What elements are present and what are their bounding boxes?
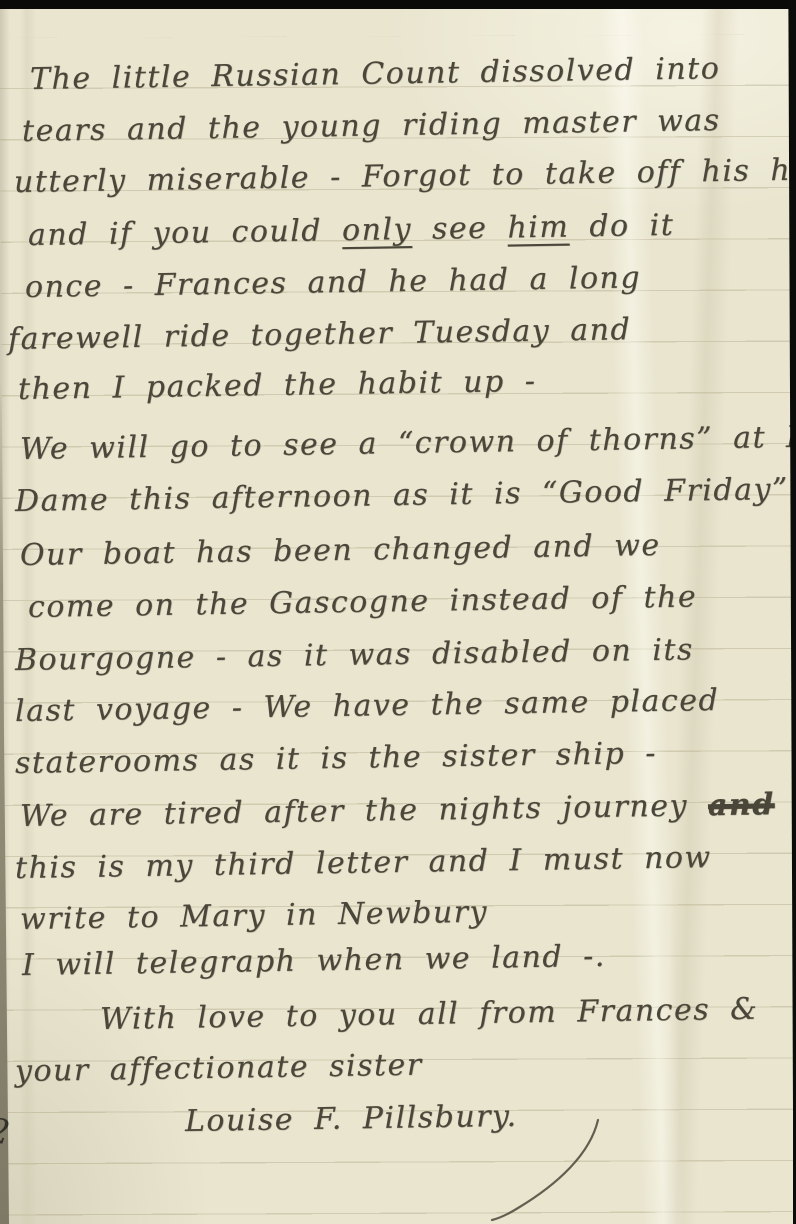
letter-line-7: then I packed the habit up - [18, 362, 537, 410]
underlined-word-him: him [507, 209, 569, 245]
letter-line-20: your affectionate sister [15, 1046, 423, 1092]
underlined-word-only: only [342, 212, 412, 248]
scanned-letter-page: The little Russian Count dissolved into … [0, 0, 796, 1224]
letter-line-21-signature: Louise F. Pillsbury. [185, 1097, 518, 1142]
struck-out-word: and [708, 787, 775, 823]
letter-line-17: write to Mary in Newbury [20, 893, 489, 940]
signature-flourish [470, 1116, 640, 1224]
letter-paper: The little Russian Count dissolved into … [0, 8, 793, 1224]
scan-border-top [0, 0, 796, 9]
